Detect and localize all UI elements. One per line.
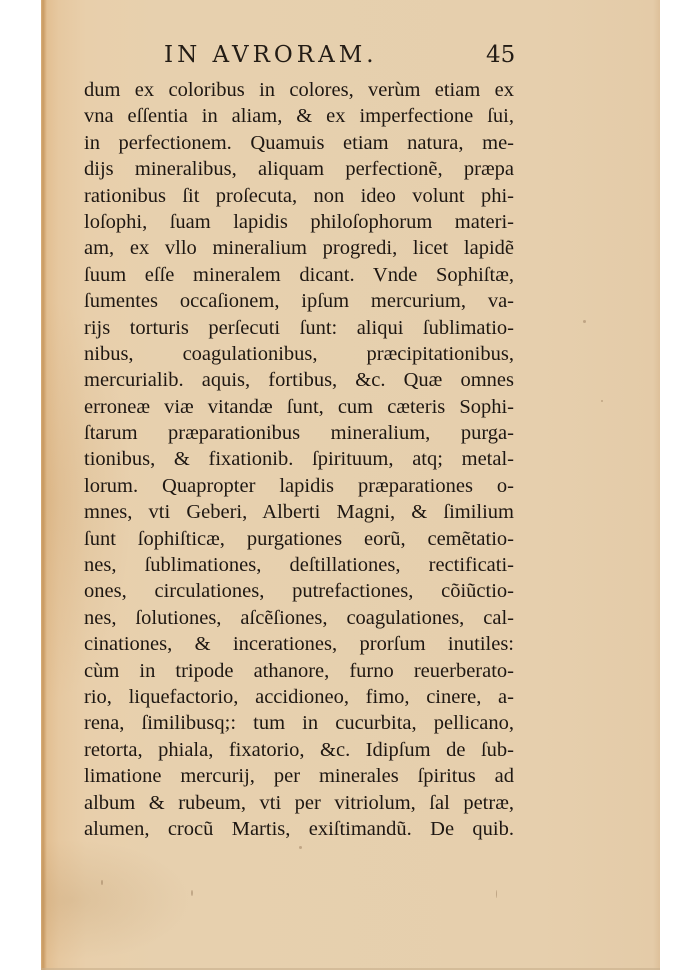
paper-speck (601, 400, 603, 402)
paper-speck (191, 890, 193, 896)
text-line: ſunt ſophiſticæ, purgationes eorũ, cemẽt… (84, 526, 514, 552)
text-line: erroneæ viæ vitandæ ſunt, cum cæteris So… (84, 394, 514, 420)
text-line: rationibus ſit proſecuta, non ideo volun… (84, 183, 514, 209)
text-line: in perfectionem. Quamuis etiam natura, m… (84, 130, 514, 156)
text-line: nes, ſublimationes, deſtillationes, rect… (84, 552, 514, 578)
text-line: dum ex coloribus in colores, verùm etiam… (84, 77, 514, 103)
text-line: ones, circulationes, putrefactiones, cõi… (84, 578, 514, 604)
text-line: retorta, phiala, fixatorio, &c. Idipſum … (84, 737, 514, 763)
text-line: alumen, crocũ Martis, exiſtimandũ. De qu… (84, 816, 514, 842)
text-line: dijs mineralibus, aliquam perfectionẽ, p… (84, 156, 514, 182)
text-line: mercurialib. aquis, fortibus, &c. Quæ om… (84, 367, 514, 393)
text-line: vna eſſentia in aliam, & ex imperfection… (84, 103, 514, 129)
book-page: IN AVRORAM. 45 dum ex coloribus in color… (41, 0, 660, 970)
paper-speck (496, 890, 497, 898)
paper-speck (583, 320, 586, 323)
running-title: IN AVRORAM. (164, 42, 378, 68)
paper-speck (299, 846, 302, 849)
text-line: loſophi, ſuam lapidis philoſophorum mate… (84, 209, 514, 235)
body-text: dum ex coloribus in colores, verùm etiam… (84, 77, 514, 842)
text-line: lorum. Quapropter lapidis præparationes … (84, 473, 514, 499)
text-line: limatione mercurij, per minerales ſpirit… (84, 763, 514, 789)
text-line: ſuum eſſe mineralem dicant. Vnde Sophiſt… (84, 262, 514, 288)
paper-speck (101, 880, 103, 885)
text-line: ſumentes occaſionem, ipſum mercurium, va… (84, 288, 514, 314)
running-head: IN AVRORAM. 45 (41, 42, 660, 72)
text-line: rena, ſimilibusq;: tum in cucurbita, pel… (84, 710, 514, 736)
text-line: ſtarum præparationibus mineralium, purga… (84, 420, 514, 446)
text-line: nes, ſolutiones, aſcẽſiones, coagulation… (84, 605, 514, 631)
text-line: rijs torturis perſecuti ſunt: aliqui ſub… (84, 315, 514, 341)
text-line: am, ex vllo mineralium progredi, licet l… (84, 235, 514, 261)
text-line: cinationes, & incerationes, prorſum inut… (84, 631, 514, 657)
text-line: tionibus, & fixationib. ſpirituum, atq; … (84, 446, 514, 472)
text-line: cùm in tripode athanore, furno reuerbera… (84, 658, 514, 684)
text-line: rio, liquefactorio, accidioneo, fimo, ci… (84, 684, 514, 710)
text-line: album & rubeum, vti per vitriolum, ſal p… (84, 790, 514, 816)
text-line: mnes, vti Geberi, Alberti Magni, & ſimil… (84, 499, 514, 525)
text-line: nibus, coagulationibus, præcipitationibu… (84, 341, 514, 367)
page-number: 45 (486, 42, 515, 68)
